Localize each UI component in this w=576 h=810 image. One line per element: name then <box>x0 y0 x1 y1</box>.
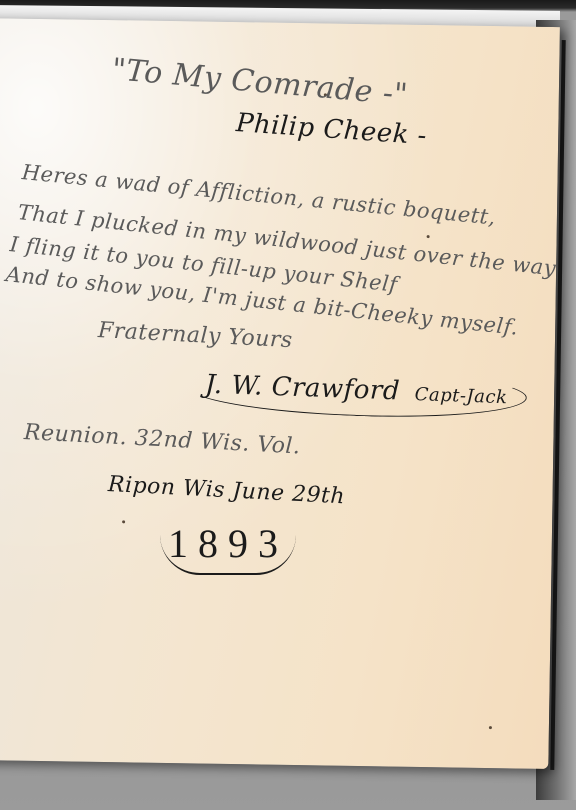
signature-name: J. W. Crawford <box>205 370 401 407</box>
signature-subtitle: Capt-Jack <box>414 384 507 408</box>
paper-speck <box>122 520 125 523</box>
paper-speck <box>489 726 492 729</box>
paper-speck <box>427 235 430 238</box>
photo-scene: "To My Comrade -" Philip Cheek - Heres a… <box>0 0 576 810</box>
year: 1893 <box>160 520 296 575</box>
